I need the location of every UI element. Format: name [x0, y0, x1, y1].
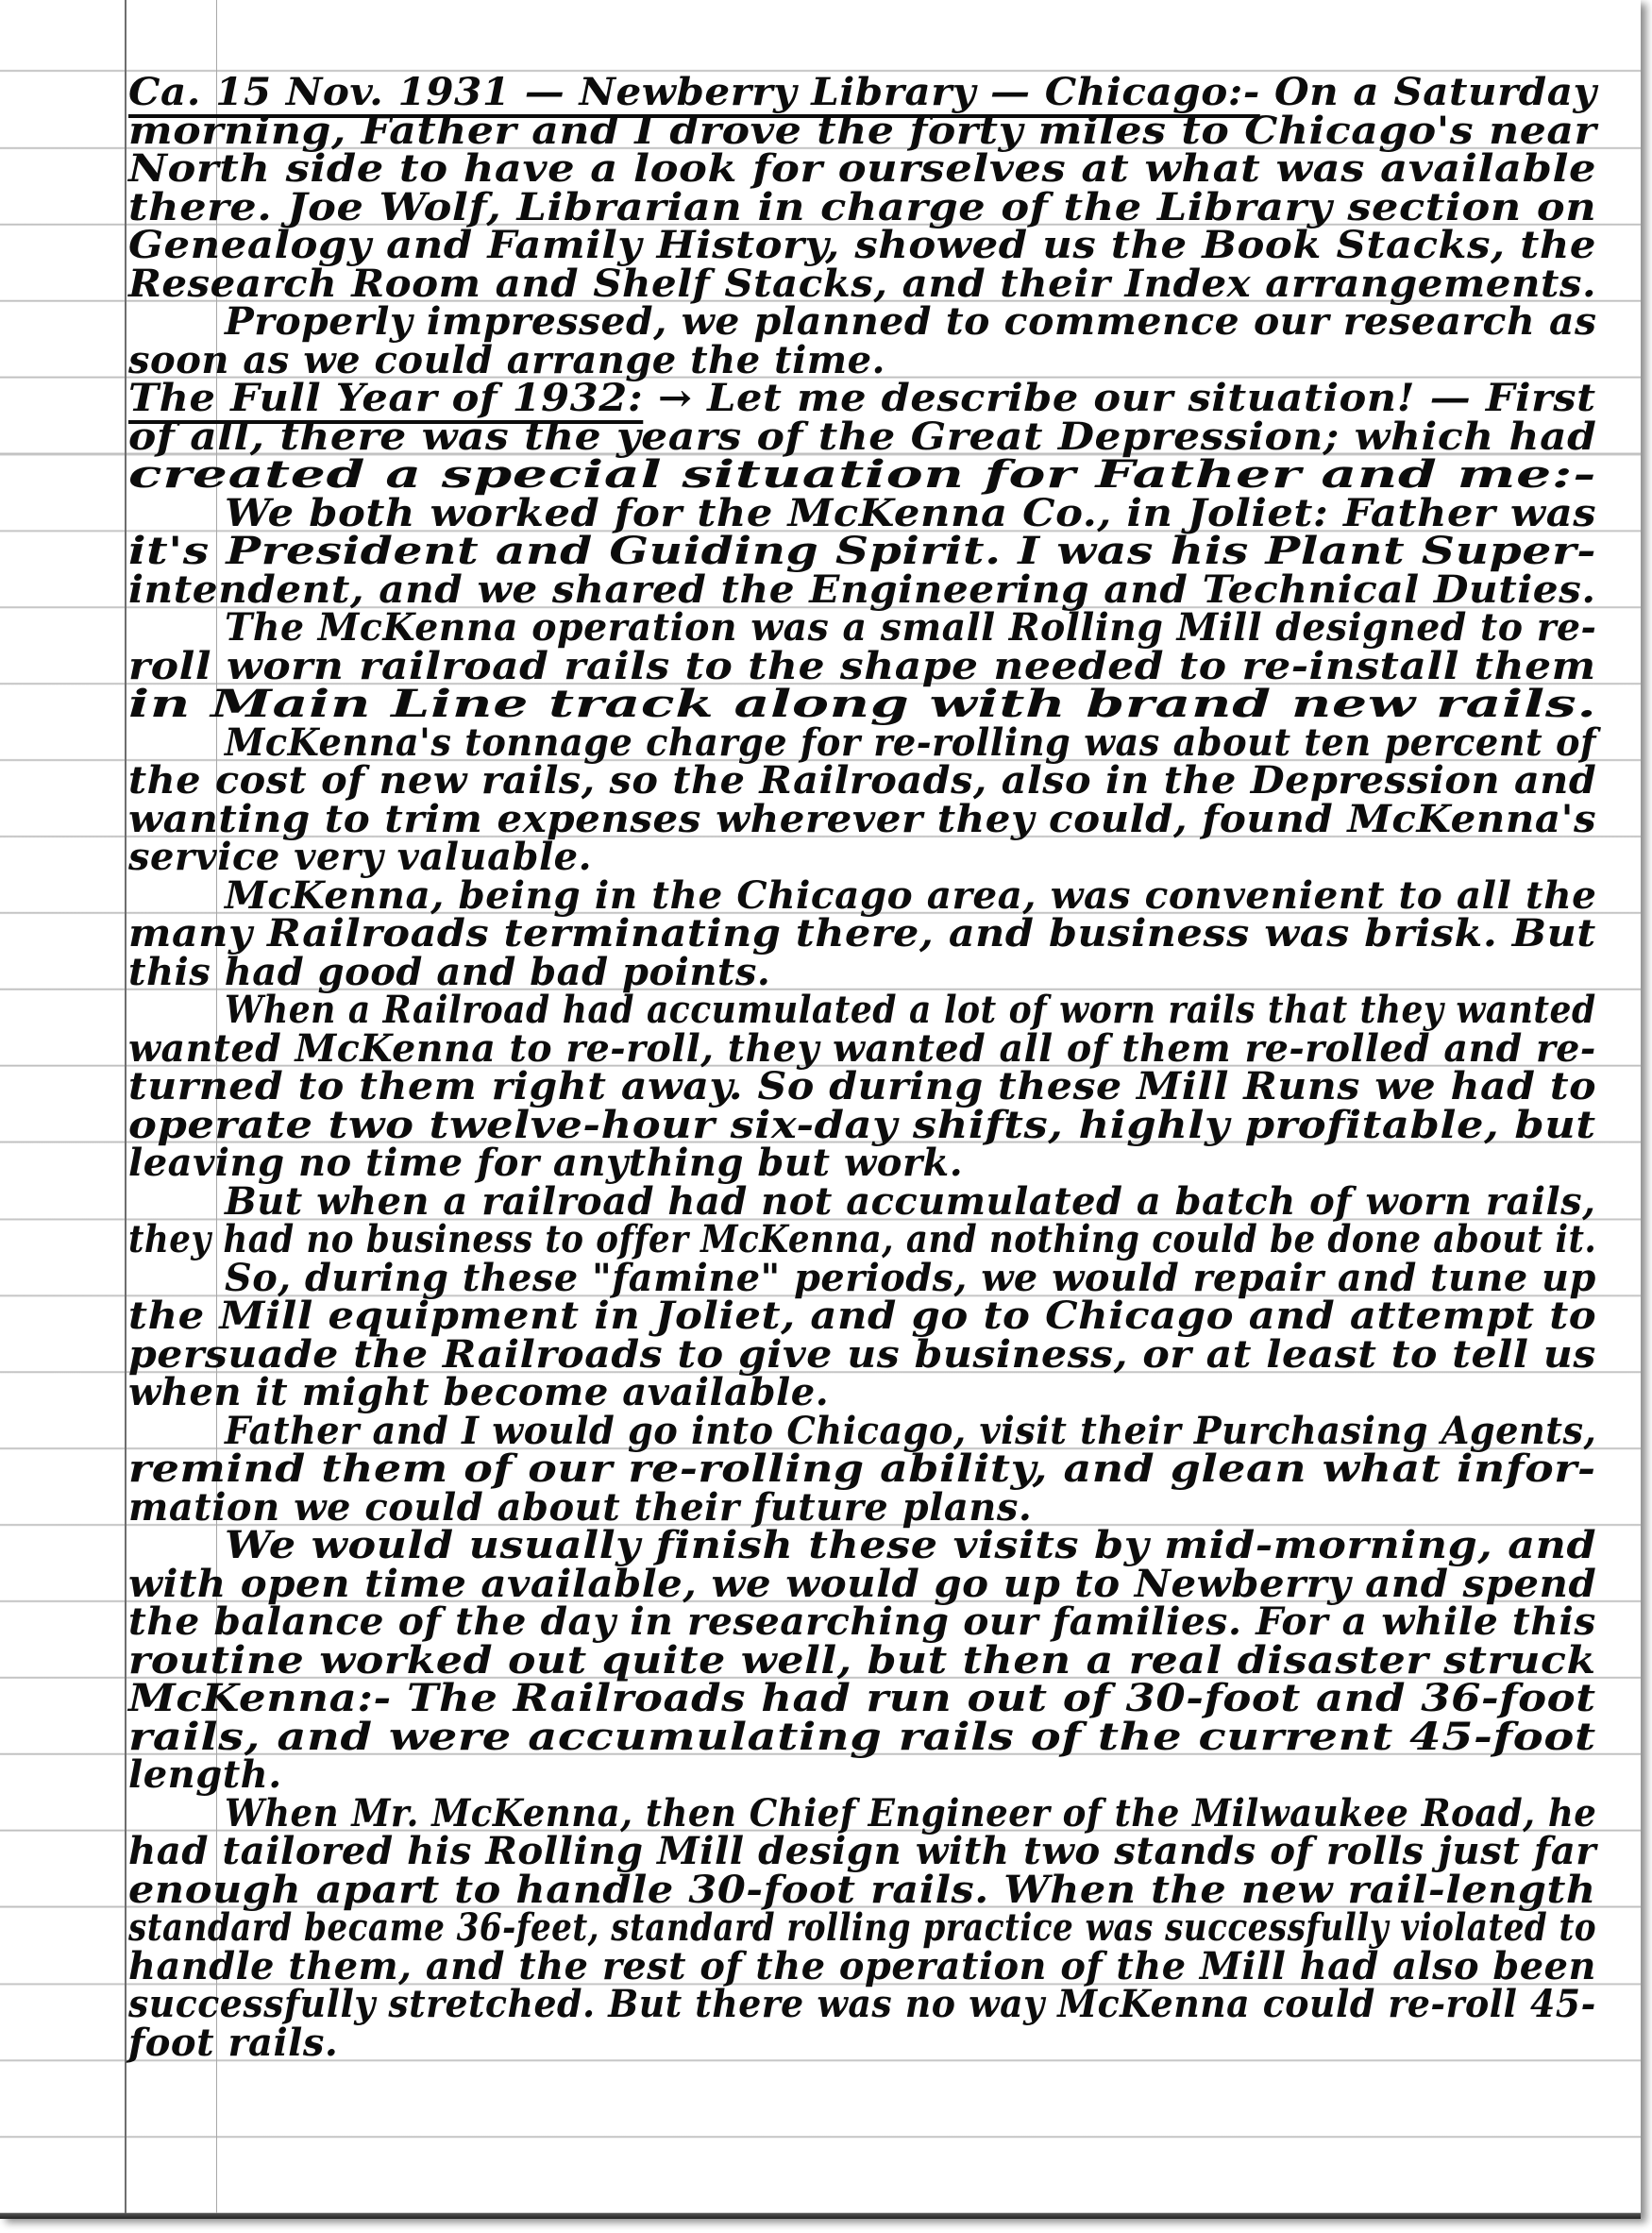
text-line: When Mr. McKenna, then Chief Engineer of…: [225, 1795, 1596, 1833]
text-line: turned to them right away. So during the…: [128, 1068, 1596, 1106]
text-line: McKenna, being in the Chicago area, was …: [225, 877, 1596, 915]
text-line: morning, Father and I drove the forty mi…: [128, 112, 1596, 150]
text-line: Genealogy and Family History, showed us …: [128, 227, 1596, 264]
text-line: roll worn railroad rails to the shape ne…: [128, 648, 1596, 685]
section-heading-line: The Full Year of 1932: → Let me describe…: [128, 380, 1596, 417]
text-line: created a special situation for Father a…: [128, 456, 1596, 494]
text-line: leaving no time for anything but work.: [128, 1144, 963, 1182]
text-line: had tailored his Rolling Mill design wit…: [128, 1833, 1596, 1870]
text-line: handle them, and the rest of the operati…: [128, 1948, 1596, 1986]
text-line: the cost of new rails, so the Railroads,…: [128, 762, 1596, 800]
text-line: We both worked for the McKenna Co., in J…: [225, 495, 1596, 533]
text-line: in Main Line track along with brand new …: [128, 685, 1597, 723]
text-line: standard became 36-feet, standard rollin…: [128, 1909, 1596, 1947]
text-line: soon as we could arrange the time.: [128, 342, 885, 380]
text-line: Father and I would go into Chicago, visi…: [225, 1413, 1596, 1450]
text-line: length.: [128, 1756, 282, 1794]
line-text: foot rails.: [128, 2021, 338, 2065]
text-line: intendent, and we shared the Engineering…: [128, 571, 1596, 609]
text-line: service very valuable.: [128, 838, 592, 876]
text-line: North side to have a look for ourselves …: [128, 150, 1596, 188]
text-line: they had no business to offer McKenna, a…: [128, 1221, 1596, 1259]
text-line: the Mill equipment in Joliet, and go to …: [128, 1297, 1596, 1335]
line-text: rails, and were accumulating rails of th…: [128, 1715, 1596, 1759]
text-line: But when a railroad had not accumulated …: [225, 1183, 1596, 1221]
text-line: foot rails.: [128, 2024, 338, 2062]
text-line: of all, there was the years of the Great…: [128, 418, 1596, 456]
text-line: the balance of the day in researching ou…: [128, 1603, 1596, 1641]
margin-line-outer: [125, 0, 126, 2219]
section-heading-line: Ca. 15 Nov. 1931 — Newberry Library — Ch…: [128, 74, 1596, 111]
text-line: wanted McKenna to re-roll, they wanted a…: [128, 1030, 1596, 1068]
text-line: when it might become available.: [128, 1374, 829, 1412]
text-line: enough apart to handle 30-foot rails. Wh…: [128, 1871, 1596, 1909]
text-line: operate two twelve-hour six-day shifts, …: [128, 1107, 1596, 1144]
text-line: there. Joe Wolf, Librarian in charge of …: [128, 189, 1596, 227]
text-line: Properly impressed, we planned to commen…: [225, 303, 1596, 341]
text-line: Research Room and Shelf Stacks, and thei…: [128, 265, 1596, 303]
text-line: McKenna:- The Railroads had run out of 3…: [128, 1680, 1596, 1717]
text-line: with open time available, we would go up…: [128, 1565, 1596, 1603]
text-line: mation we could about their future plans…: [128, 1489, 1032, 1527]
text-line: wanting to trim expenses wherever they c…: [128, 801, 1596, 838]
text-line: When a Railroad had accumulated a lot of…: [225, 991, 1596, 1029]
text-line: rails, and were accumulating rails of th…: [128, 1718, 1596, 1756]
text-line: McKenna's tonnage charge for re-rolling …: [225, 724, 1596, 762]
notebook-page: Ca. 15 Nov. 1931 — Newberry Library — Ch…: [0, 0, 1641, 2219]
text-line: The McKenna operation was a small Rollin…: [225, 609, 1596, 647]
text-line: it's President and Guiding Spirit. I was…: [128, 533, 1596, 570]
text-line: persuade the Railroads to give us busine…: [128, 1336, 1596, 1374]
text-line: routine worked out quite well, but then …: [128, 1642, 1596, 1680]
text-line: this had good and bad points.: [128, 954, 770, 991]
text-line: So, during these "famine" periods, we wo…: [225, 1260, 1596, 1297]
text-line: remind them of our re-rolling ability, a…: [128, 1450, 1596, 1488]
text-line: successfully stretched. But there was no…: [128, 1986, 1596, 2023]
text-line: many Railroads terminating there, and bu…: [128, 915, 1596, 953]
line-text: successfully stretched. But there was no…: [128, 1982, 1596, 2026]
text-line: We would usually finish these visits by …: [225, 1527, 1596, 1565]
